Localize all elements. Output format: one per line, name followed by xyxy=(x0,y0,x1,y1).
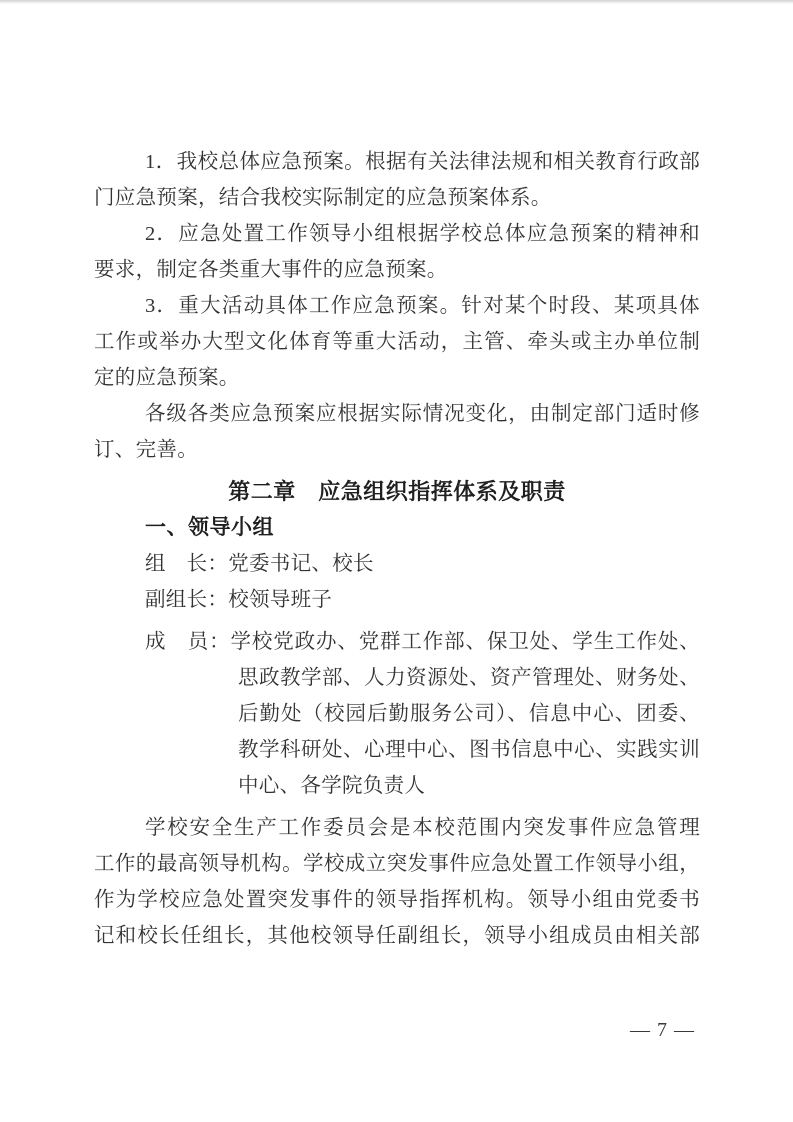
paragraph-line: 2．应急处置工作领导小组根据学校总体应急预案的精神和 xyxy=(94,216,700,252)
role-deputy-value: 校领导班子 xyxy=(228,589,332,611)
paragraph-line: 工作或举办大型文化体育等重大活动，主管、牵头或主办单位制 xyxy=(94,324,700,360)
role-members-value: 学校党政办、党群工作部、保卫处、学生工作处、 xyxy=(230,631,700,653)
paragraph-line: 1．我校总体应急预案。根据有关法律法规和相关教育行政部 xyxy=(94,144,700,180)
role-leader-label: 组 长： xyxy=(145,553,228,575)
members-continuation-line: 思政教学部、人力资源处、资产管理处、财务处、 xyxy=(94,660,700,696)
scan-edge-artifact xyxy=(0,0,793,4)
members-continuation-line: 后勤处（校园后勤服务公司）、信息中心、团委、 xyxy=(94,696,700,732)
closing-paragraph-line: 学校安全生产工作委员会是本校范围内突发事件应急管理 xyxy=(94,810,700,846)
paragraph-line: 3．重大活动具体工作应急预案。针对某个时段、某项具体 xyxy=(94,288,700,324)
closing-paragraph-line: 工作的最高领导机构。学校成立突发事件应急处置工作领导小组， xyxy=(94,846,700,882)
chapter-heading: 第二章 应急组织指挥体系及职责 xyxy=(94,474,700,510)
page-body: 1．我校总体应急预案。根据有关法律法规和相关教育行政部 门应急预案，结合我校实际… xyxy=(94,144,700,954)
paragraph-line: 定的应急预案。 xyxy=(94,360,700,396)
section-heading: 一、领导小组 xyxy=(94,510,700,546)
role-leader-value: 党委书记、校长 xyxy=(228,553,374,575)
page-number: — 7 — xyxy=(0,1012,695,1048)
paragraph-line: 订、完善。 xyxy=(94,432,700,468)
closing-paragraph-line: 作为学校应急处置突发事件的领导指挥机构。领导小组由党委书 xyxy=(94,882,700,918)
role-members-label: 成 员： xyxy=(145,631,230,653)
role-members-row: 成 员：学校党政办、党群工作部、保卫处、学生工作处、 xyxy=(94,624,700,660)
members-continuation-line: 中心、各学院负责人 xyxy=(94,768,700,804)
role-deputy-row: 副组长：校领导班子 xyxy=(94,582,700,618)
paragraph-line: 门应急预案，结合我校实际制定的应急预案体系。 xyxy=(94,180,700,216)
paragraph-line: 各级各类应急预案应根据实际情况变化，由制定部门适时修 xyxy=(94,396,700,432)
document-page: 1．我校总体应急预案。根据有关法律法规和相关教育行政部 门应急预案，结合我校实际… xyxy=(0,0,793,1122)
members-continuation-line: 教学科研处、心理中心、图书信息中心、实践实训 xyxy=(94,732,700,768)
role-leader-row: 组 长：党委书记、校长 xyxy=(94,546,700,582)
closing-paragraph-line: 记和校长任组长，其他校领导任副组长，领导小组成员由相关部 xyxy=(94,918,700,954)
paragraph-line: 要求，制定各类重大事件的应急预案。 xyxy=(94,252,700,288)
role-deputy-label: 副组长： xyxy=(145,589,228,611)
